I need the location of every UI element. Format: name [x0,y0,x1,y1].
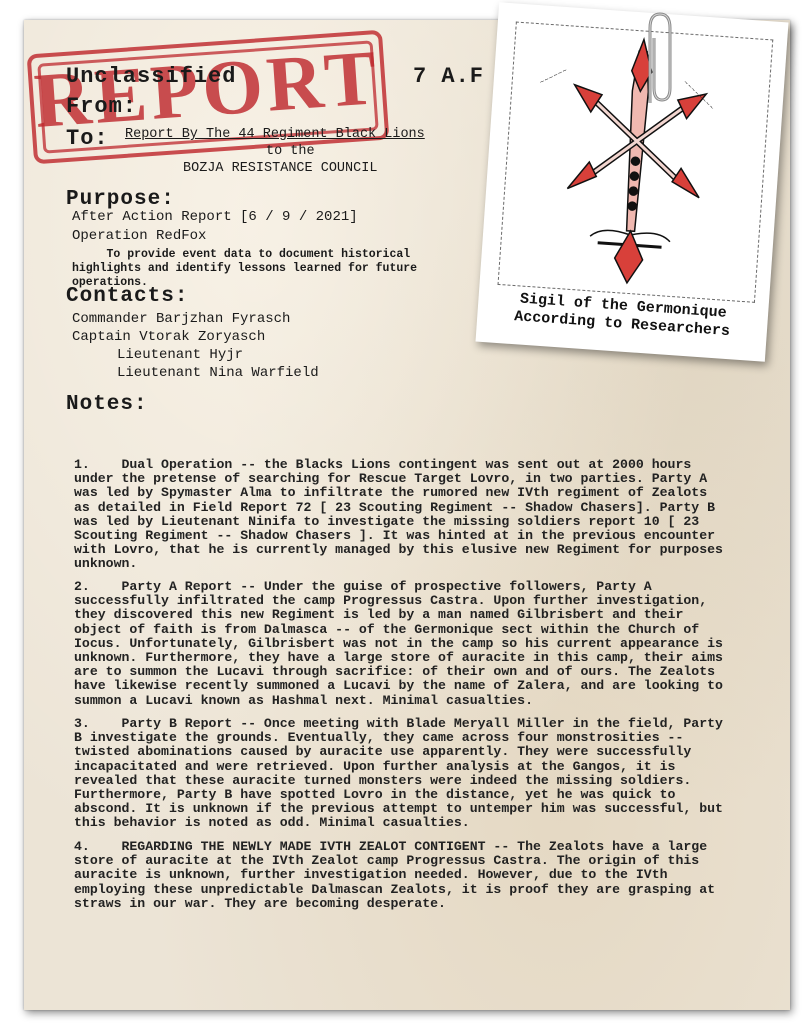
purpose-line-1: After Action Report [6 / 9 / 2021] [72,209,358,225]
contact-item: Commander Barjzhan Fyrasch [72,311,290,327]
to-value: Report By The 44 Regiment Black Lions [125,127,425,142]
paperclip-icon [640,8,680,118]
note-line: employing these unpredictable Dalmascan … [74,883,715,897]
note-line: 2. Party A Report -- Under the guise of … [74,580,652,594]
note-line: revealed that these auracite turned mons… [74,774,691,788]
classification-label: Unclassified [66,64,236,89]
note-line: have likewise recently summoned a Lucavi… [74,679,723,693]
note-line: incapacitated and were retrieved. Upon f… [74,760,675,774]
note-line: 4. REGARDING THE NEWLY MADE IVTH ZEALOT … [74,840,707,854]
to-label: To: [66,126,109,151]
purpose-description-2: highlights and identify lessons learned … [72,262,417,275]
note-line: was led by Spymaster Alma to infiltrate … [74,486,707,500]
note-line: store of auracite at the IVth Zealot cam… [74,854,699,868]
note-line: abscond. It is unknown if the previous a… [74,802,723,816]
from-label: From: [66,94,137,119]
note-line: summon a Lucavi known as Hashmal next. M… [74,694,533,708]
note-line: this behavior is noted as odd. Minimal c… [74,816,470,830]
note-line: object of faith is from Dalmasca -- of t… [74,623,699,637]
to-line-3: BOZJA RESISTANCE COUNCIL [183,161,377,176]
purpose-heading: Purpose: [66,188,175,211]
purpose-line-2: Operation RedFox [72,228,206,244]
sigil-icon: ~~~~~~ ~~~~~~~~ [499,23,773,302]
photo-frame: ~~~~~~ ~~~~~~~~ [497,22,773,303]
note-line: 1. Dual Operation -- the Blacks Lions co… [74,458,691,472]
contact-item: Lieutenant Nina Warfield [117,365,319,381]
note-line: auracite is unknown, further investigati… [74,868,668,882]
contacts-heading: Contacts: [66,285,188,308]
note-line: are to summon the Lucavi through sacrifi… [74,665,715,679]
note-line: unknown. [74,557,137,571]
svg-text:~~~~~~: ~~~~~~ [538,67,568,87]
notes-heading: Notes: [66,393,148,416]
note-line: B investigate the grounds. Eventually, t… [74,731,683,745]
date-fragment: 7 A.F [413,64,484,89]
note-line: twisted abominations caused by auracite … [74,745,691,759]
note-line: under the pretense of searching for Resc… [74,472,707,486]
note-line: with Lovro, that he is currently managed… [74,543,723,557]
contact-item: Lieutenant Hyjr [117,347,243,363]
note-line: was led by Lieutenant Ninifa to investig… [74,515,699,529]
note-line: Scouting Regiment -- Shadow Chasers ]. I… [74,529,715,543]
note-line: Iocus. Unfortunately, Gilbrisbert was no… [74,637,723,651]
note-line: Furthermore, Party B have spotted Lovro … [74,788,675,802]
note-line: as detailed in Field Report 72 [ 23 Scou… [74,501,715,515]
note-line: straws in our war. They are becoming des… [74,897,446,911]
sigil-photo: ~~~~~~ ~~~~~~~~ Sigil of the Germonique … [475,2,788,361]
note-line: unknown. Furthermore, they have a large … [74,651,723,665]
note-line: they discovered this new Regiment is led… [74,608,683,622]
to-line-2: to the [266,144,315,159]
note-line: 3. Party B Report -- Once meeting with B… [74,717,723,731]
contact-item: Captain Vtorak Zoryasch [72,329,265,345]
note-line: successfully infiltrated the camp Progre… [74,594,707,608]
purpose-description-1: To provide event data to document histor… [72,248,410,261]
